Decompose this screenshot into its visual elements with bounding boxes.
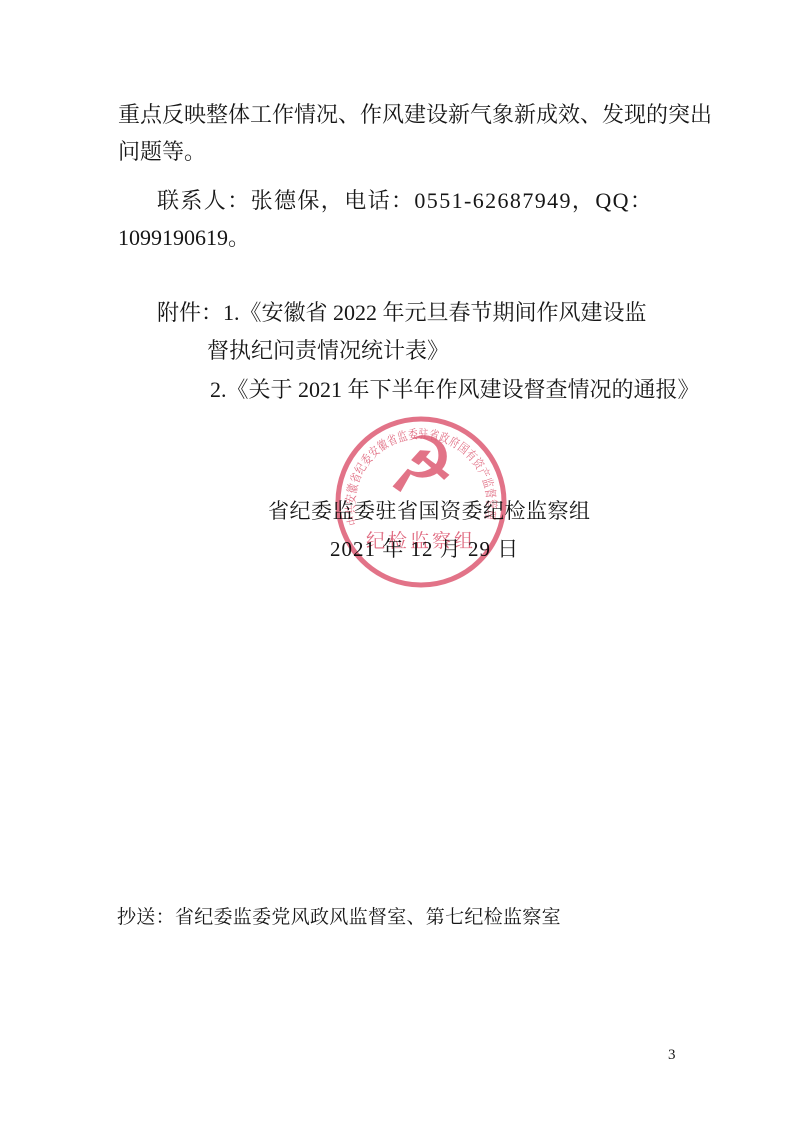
cc-line: 抄送：省纪委监委党风政风监督室、第七纪检监察室 [117, 903, 561, 933]
official-seal: 中共安徽省纪委安徽省监委驻省政府国有资产监督管理委员会 ☭ 纪检监察组 [332, 413, 510, 591]
page-number: 3 [668, 1040, 676, 1070]
attachment-line: 2.《关于 2021 年下半年作风建设督查情况的通报》 [210, 375, 700, 405]
contact-line: 联系人：张德保，电话：0551-62687949，QQ： [157, 186, 653, 216]
attachment-line: 附件：1.《安徽省 2022 年元旦春节期间作风建设监 [157, 298, 647, 328]
body-line: 重点反映整体工作情况、作风建设新气象新成效、发现的突出 [118, 100, 712, 130]
seal-inner-text: 纪检监察组 [366, 530, 476, 552]
body-line: 问题等。 [118, 137, 206, 167]
hammer-and-sickle-icon: ☭ [386, 421, 456, 511]
contact-line: 1099190619。 [118, 223, 250, 253]
document-page: 重点反映整体工作情况、作风建设新气象新成效、发现的突出 问题等。 联系人：张德保… [0, 0, 800, 1131]
attachment-line: 督执纪问责情况统计表》 [207, 336, 449, 366]
